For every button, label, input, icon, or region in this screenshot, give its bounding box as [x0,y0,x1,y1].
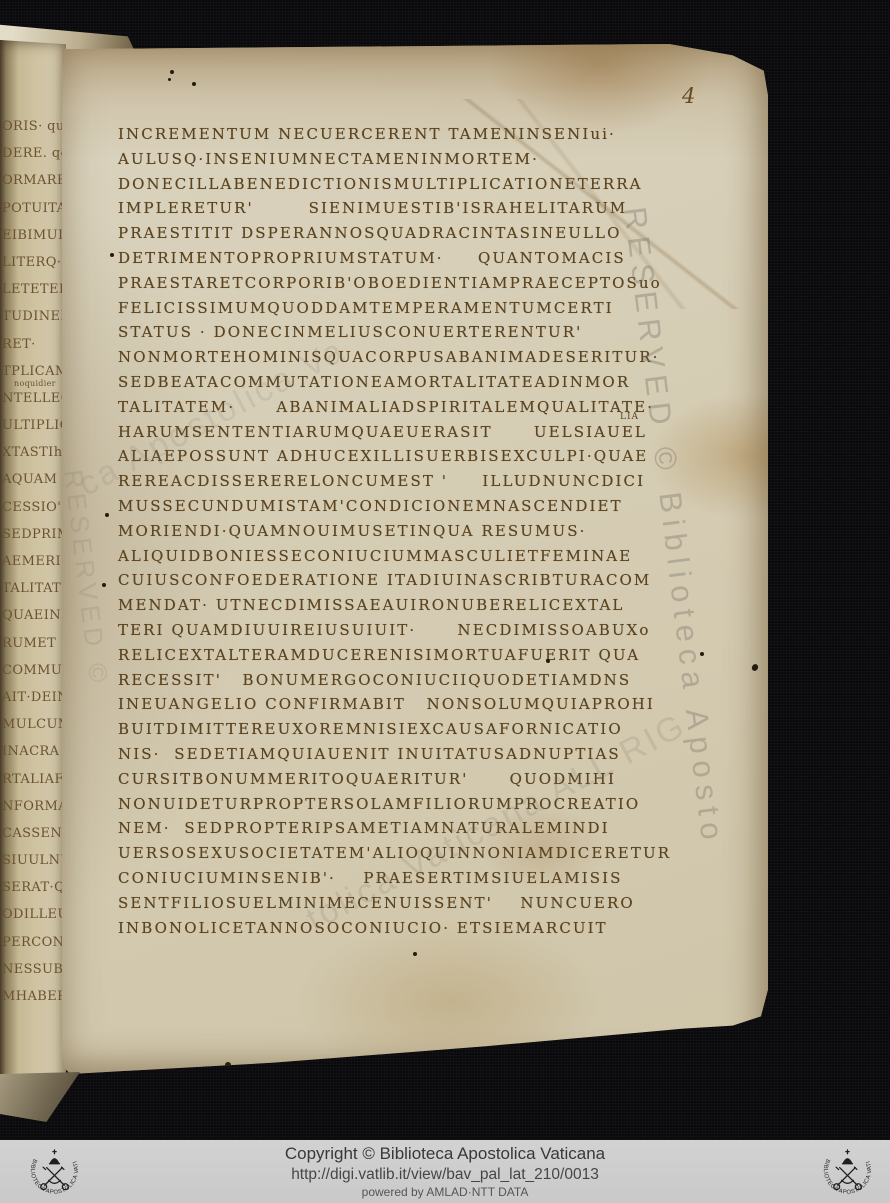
text-line: NFORMA [2,793,66,820]
text-line: NIS· SEDETIAMQUIAUENIT INUITATUSADNUPTIA… [118,742,734,767]
text-line: EIBIMULTA [2,222,66,249]
text-line: AQUAM [2,466,66,493]
text-line: STATUS · DONECINMELIUSCONUERTERENTUR' [118,320,734,345]
text-line: TALITATEM· ABANIMALIADSPIRITALEMQUALITAT… [118,395,734,420]
ink-spot [413,952,417,956]
ink-spot [256,1067,260,1071]
manuscript-page: 4 INCREMENTUM NECUERCERENT TAMENINSENIui… [62,44,768,1074]
text-line: INBONOLICETANNOSOCONIUCIO· ETSIEMARCUIT [118,916,734,941]
vatican-seal-left: BIBLIOTECA APOSTOLICA VATICANA [26,1143,83,1200]
manuscript-text: INCREMENTUM NECUERCERENT TAMENINSENIui·A… [118,122,734,940]
vatican-seal-right: BIBLIOTECA APOSTOLICA VATICANA [819,1143,876,1200]
text-line: NTELLECA [2,385,66,412]
ink-spot [168,78,171,81]
text-line: LITERQ·SITIN [2,249,66,276]
text-line: CESSIO' [2,494,66,521]
copyright-line: Copyright © Biblioteca Apostolica Vatica… [285,1144,605,1164]
margin-punctum [102,583,106,587]
text-line: TUDINEET [2,303,66,330]
text-line: TERI QUAMDIUUIREIUSUIUIT· NECDIMISSOABUX… [118,618,734,643]
binding-board [0,1072,80,1122]
interlinear-correction: LIA [620,412,639,422]
footer-bar: BIBLIOTECA APOSTOLICA VATICANA Copyright… [0,1140,890,1203]
ink-spot [170,70,174,74]
margin-punctum [110,253,114,257]
text-line: SIUULNUS [2,847,66,874]
text-line: MUSSECUNDUMISTAM'CONDICIONEMNASCENDIET [118,494,734,519]
text-line: RET· [2,331,66,358]
text-line: INACRA [2,738,66,765]
ink-spot [225,1062,231,1068]
text-line: UERSOSEXUSOCIETATEM'ALIOQUINNONIAMDICERE… [118,841,734,866]
text-line: MORIENDI·QUAMNOUIMUSETINQUA RESUMUS· [118,519,734,544]
text-line: PERCONCU [2,929,66,956]
text-line: ALIAEPOSSUNT ADHUCEXILLISUERBISEXCULPI·Q… [118,444,734,469]
text-line: IMPLERETUR' SIENIMUESTIB'ISRAHELITARUM [118,196,734,221]
text-line: MENDAT· UTNECDIMISSAEAUIRONUBERELICEXTAL [118,593,734,618]
gutter-interlinear-gloss: noquidier [14,379,56,388]
powered-by-line: powered by AMLAD·NTT DATA [362,1185,529,1200]
text-line: RUMET [2,630,66,657]
text-line: SENTFILIOSUELMINIMECENUISSENT' NUNCUERO [118,891,734,916]
text-line: NEM· SEDPROPTERIPSAMETIAMNATURALEMINDI [118,816,734,841]
crossed-keys-tiara-icon [41,1150,69,1190]
text-line: POTUITAPIB' [2,195,66,222]
text-line: ORIS· qup [2,113,66,140]
text-line: CURSITBONUMMERITOQUAERITUR' QUODMIHI [118,767,734,792]
text-line: DONECILLABENEDICTIONISMULTIPLICATIONETER… [118,172,734,197]
text-line: RTALIAFUIS [2,766,66,793]
margin-punctum [105,513,109,517]
text-line: QUAEIN [2,602,66,629]
text-line: PRAESTITIT DSPERANNOSQUADRACINTASINEULLO [118,221,734,246]
ink-spot [700,652,704,656]
text-line: INCREMENTUM NECUERCERENT TAMENINSENIui· [118,122,734,147]
text-line: ODILLEUE [2,901,66,928]
digitized-manuscript-view: ORIS· qupDERE. qoORMAREPOTUITAPIB'EIBIMU… [0,0,890,1203]
text-line: PRAESTARETCORPORIB'OBOEDIENTIAMPRAECEPTO… [118,271,734,296]
text-line: AIT·DEIN' [2,684,66,711]
ink-spot [192,82,196,86]
text-line: MHABERET [2,983,66,1010]
text-line: CUIUSCONFOEDERATIONE ITADIUINASCRIBTURAC… [118,568,734,593]
text-line: BUITDIMITTEREUXOREMNISIEXCAUSAFORNICATIO [118,717,734,742]
gutter-strip: ORIS· qupDERE. qoORMAREPOTUITAPIB'EIBIMU… [0,40,66,1090]
ink-spot [546,659,550,663]
text-line: INEUANGELIO CONFIRMABIT NONSOLUMQUIAPROH… [118,692,734,717]
text-line: REREACDISSERERELONCUMEST ' ILLUDNUNCDICI [118,469,734,494]
text-line: NESSUBSIS [2,956,66,983]
text-line: AEMERI [2,548,66,575]
text-line: COMMUNA [2,657,66,684]
crossed-keys-tiara-icon [834,1150,862,1190]
text-line: RECESSIT' BONUMERGOCONIUCIIQUODETIAMDNS [118,668,734,693]
text-line: FELICISSIMUMQUODDAMTEMPERAMENTUMCERTI [118,296,734,321]
text-line: ORMARE [2,167,66,194]
gutter-text-fragments: ORIS· qupDERE. qoORMAREPOTUITAPIB'EIBIMU… [2,113,66,1010]
text-line: LETETERRA [2,276,66,303]
text-line: ULTIPLICA [2,412,66,439]
folio-number: 4 [682,84,695,108]
text-line: AULUSQ·INSENIUMNECTAMENINMORTEM· [118,147,734,172]
text-line: SEDPRIMO [2,521,66,548]
text-line: XTASTIho [2,439,66,466]
text-line: RELICEXTALTERAMDUCERENISIMORTUAFUERIT QU… [118,643,734,668]
text-line: DETRIMENTOPROPRIUMSTATUM· QUANTOMACIS [118,246,734,271]
text-line: HARUMSENTENTIARUMQUAEUERASIT UELSIAUEL [118,420,734,445]
svg-text:BIBLIOTECA APOSTOLICA VATICANA: BIBLIOTECA APOSTOLICA VATICANA [26,1143,80,1196]
footer-url[interactable]: http://digi.vatlib.it/view/bav_pal_lat_2… [291,1164,599,1185]
text-line: CASSENT [2,820,66,847]
text-line: DERE. qo [2,140,66,167]
text-line: SEDBEATACOMMUTATIONEAMORTALITATEADINMOR [118,370,734,395]
svg-text:BIBLIOTECA APOSTOLICA VATICANA: BIBLIOTECA APOSTOLICA VATICANA [819,1143,873,1196]
text-line: CONIUCIUMINSENIB'· PRAESERTIMSIUELAMISIS [118,866,734,891]
footer-text: Copyright © Biblioteca Apostolica Vatica… [285,1144,605,1200]
text-line: NONUIDETURPROPTERSOLAMFILIORUMPROCREATIO [118,792,734,817]
text-line: NONMORTEHOMINISQUACORPUSABANIMADESERITUR… [118,345,734,370]
ink-spot [751,663,760,672]
text-line: MULCUMIL [2,711,66,738]
text-line: TALITATE [2,575,66,602]
text-line: SERAT·QUOD [2,874,66,901]
text-line: ALIQUIDBONIESSECONIUCIUMMASCULIETFEMINAE [118,544,734,569]
